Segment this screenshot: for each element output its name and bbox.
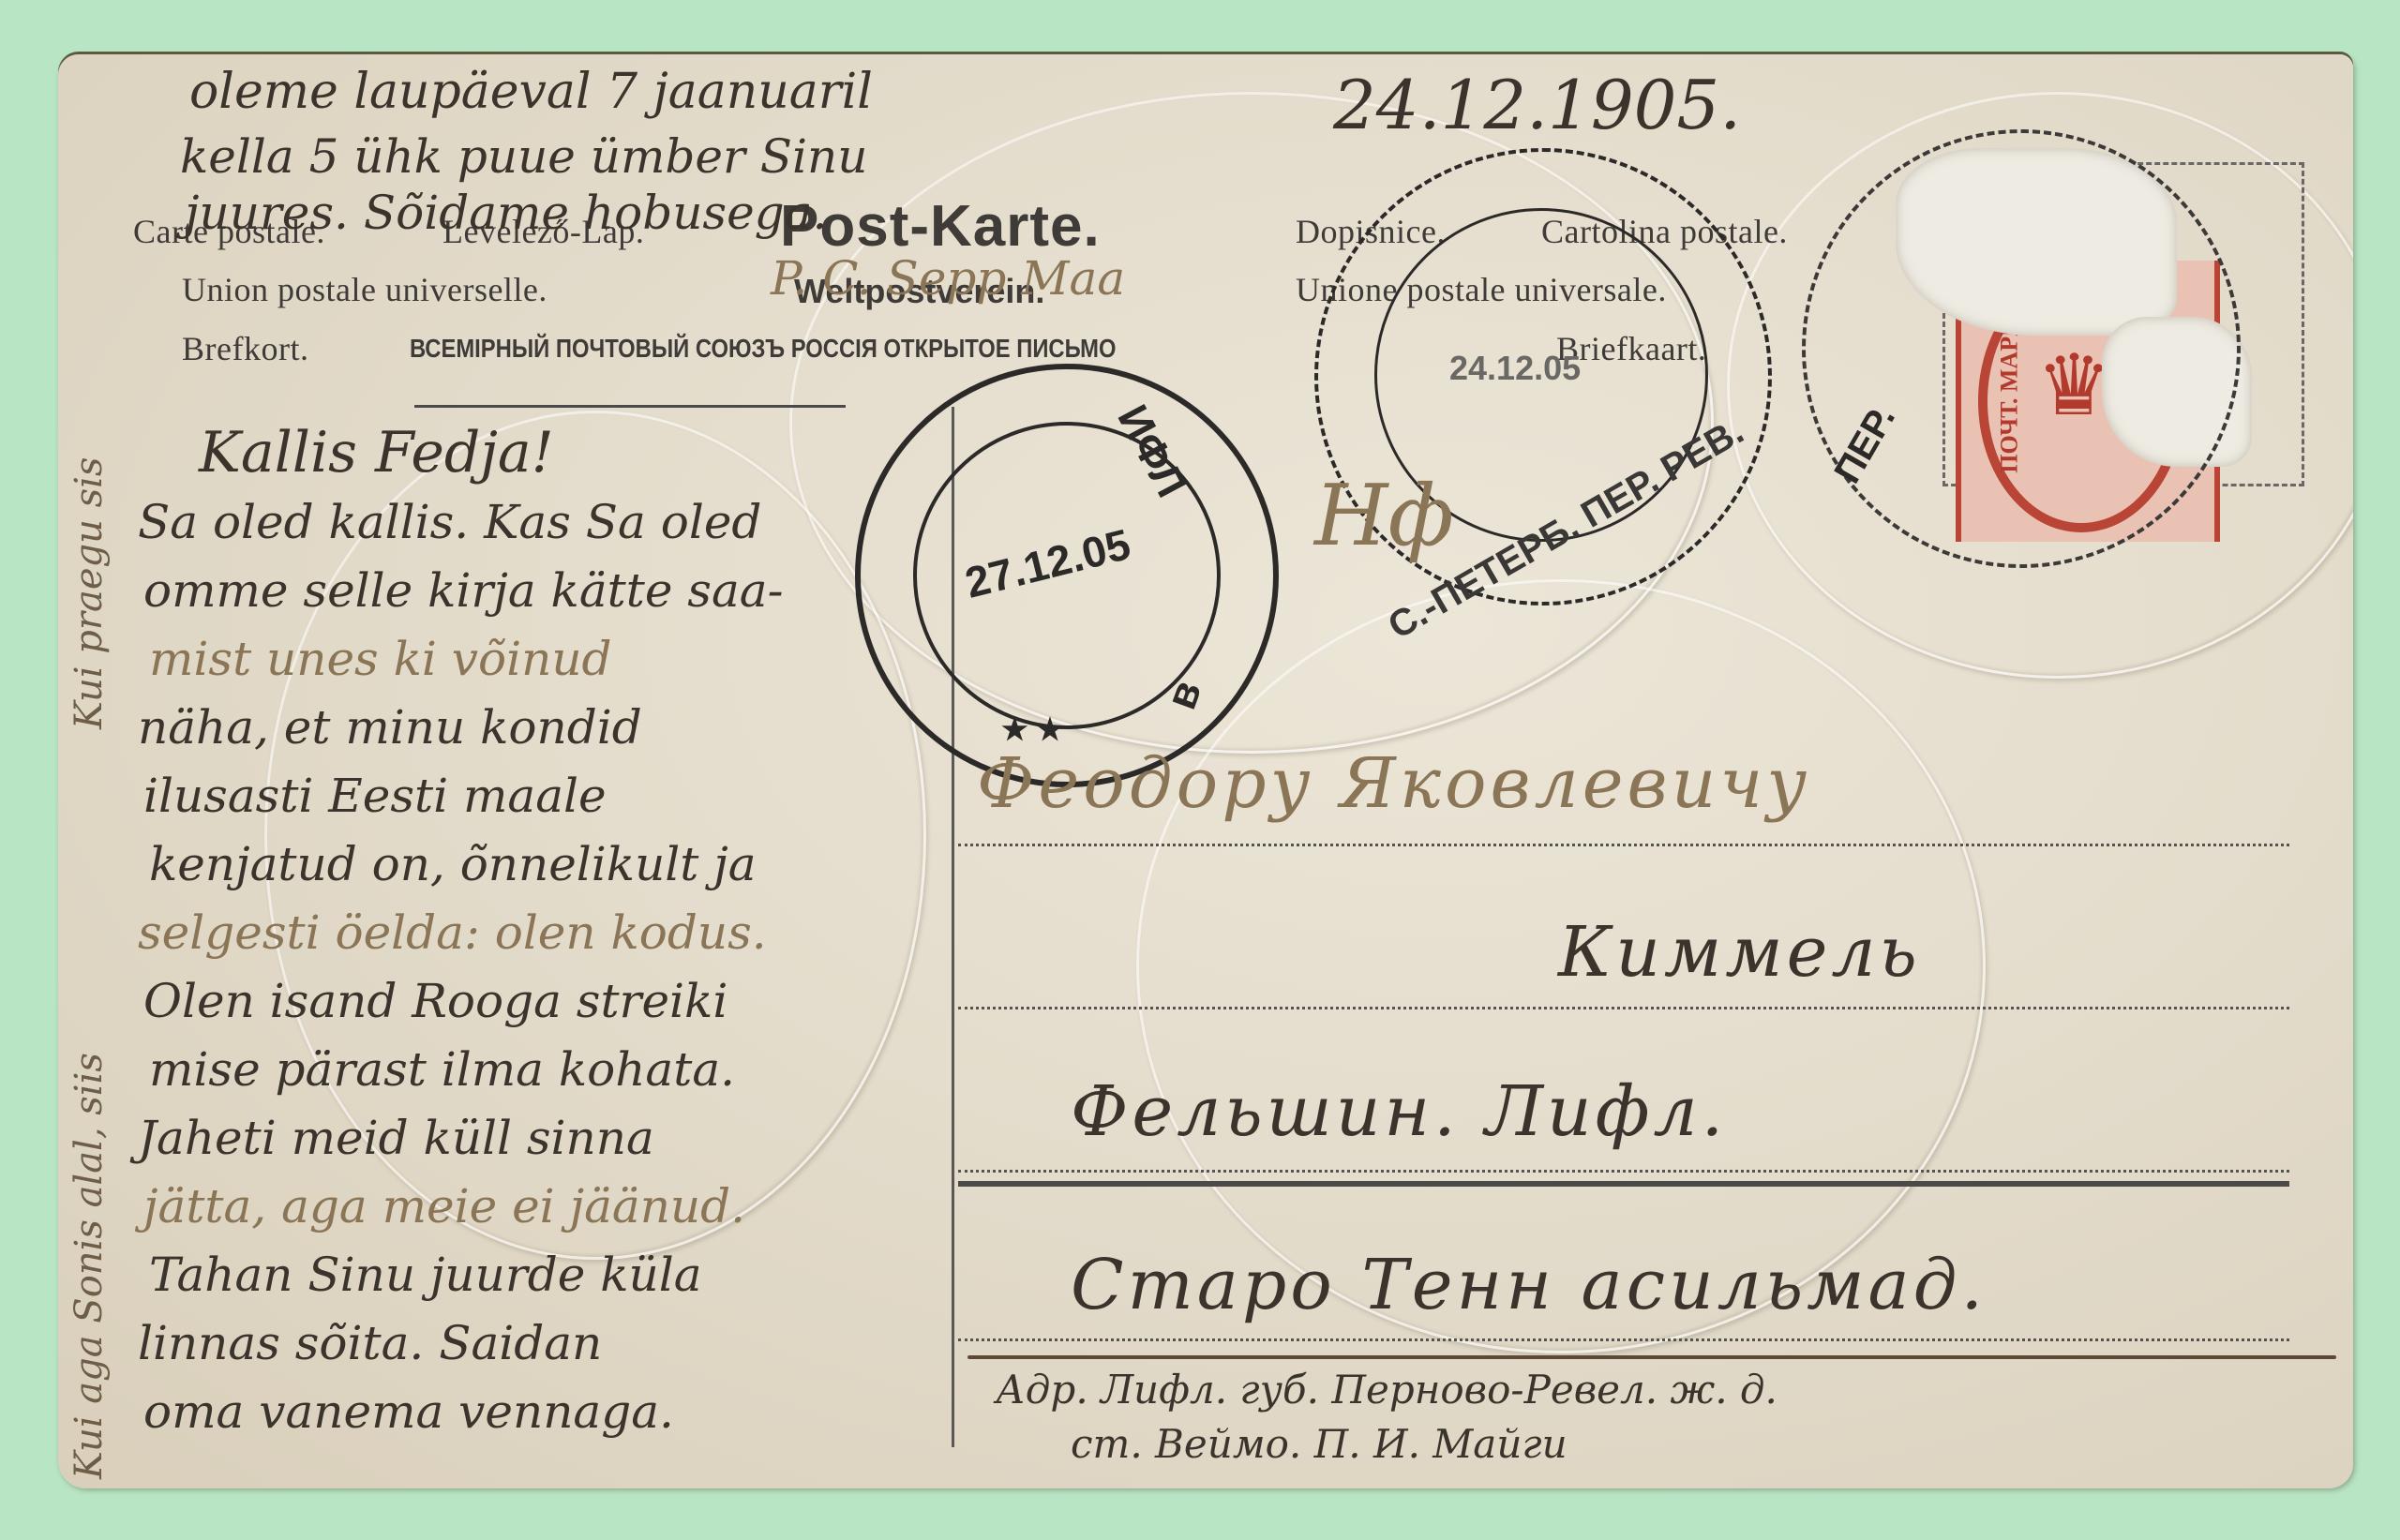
address-line-place: Фельшин. Лифл. xyxy=(1071,1071,1727,1152)
postmark-left-stars: ★ ★ xyxy=(1001,711,1063,747)
message-top-line-2: kella 5 ühk puue ümber Sinu xyxy=(180,129,867,184)
message-line: Sa oled kallis. Kas Sa oled xyxy=(138,495,761,549)
header-brefkort: Brefkort. xyxy=(182,329,308,368)
message-line: oma vanema vennaga. xyxy=(143,1384,674,1439)
message-line: näha, et minu kondid xyxy=(138,700,642,755)
message-line: Jaheti meid küll sinna xyxy=(138,1111,654,1165)
postmark-left-bottom: в xyxy=(1155,673,1211,715)
message-line: mise pärast ilma kohata. xyxy=(149,1042,735,1097)
message-greeting: Kallis Fedja! xyxy=(199,420,554,486)
postmark-left: ИФЛ 27.12.05 в ★ ★ xyxy=(855,364,1279,787)
message-line: selgesti öelda: olen kodus. xyxy=(138,905,767,960)
message-line: Olen isand Rooga streiki xyxy=(143,974,727,1028)
message-line: mist unes ki võinud xyxy=(149,632,612,686)
address-line-4 xyxy=(958,1338,2289,1341)
scrawl-mark: Нф xyxy=(1314,467,1454,565)
header-title-post-karte: Post-Karte. xyxy=(780,193,1101,260)
header-russian-union: ВСЕМІРНЫЙ ПОЧТОВЫЙ СОЮЗЪ РОССІЯ ОТКРЫТОЕ… xyxy=(410,334,1116,364)
address-footer-2: ст. Веймо. П. И. Майги xyxy=(1071,1421,1567,1467)
message-line: linnas sõita. Saidan xyxy=(138,1316,602,1370)
message-line: Tahan Sinu juurde küla xyxy=(149,1248,702,1302)
header-union-postale: Union postale universelle. xyxy=(182,270,547,309)
message-top-line-3: juures. Sõidame hobusega. xyxy=(185,186,827,240)
message-line: omme selle kirja kätte saa- xyxy=(143,563,783,618)
address-line-name: Феодору Яковлевичу xyxy=(977,743,1810,824)
address-line-surname: Киммель xyxy=(1558,912,1921,993)
header-rule xyxy=(414,405,846,408)
address-line-1 xyxy=(958,844,2289,846)
margin-note-bottom: Kui aga Sonis alal, siis xyxy=(67,1053,111,1479)
address-line-3-bold xyxy=(958,1181,2289,1187)
postmark-right: ПЕР. xyxy=(1802,129,2241,568)
pencil-note: P. C. Sepp Maa xyxy=(771,251,1125,306)
address-line-3 xyxy=(958,1170,2289,1173)
message-top-line-1: oleme laupäeval 7 jaanuaril xyxy=(189,64,873,120)
postmark-center-date: 24.12.05 xyxy=(1449,349,1581,388)
message-line: kenjatud on, õnnelikult ja xyxy=(149,837,757,891)
message-line: jätta, aga meie ei jäänud. xyxy=(143,1179,745,1233)
address-underline-handdrawn xyxy=(967,1355,2336,1359)
message-line: ilusasti Eesti maale xyxy=(143,769,607,823)
postcard: Carte postale. Levelező-Lap. Post-Karte.… xyxy=(58,54,2353,1488)
handwritten-date: 24.12.1905. xyxy=(1333,66,1741,144)
address-line-village: Старо Тенн асильмад. xyxy=(1071,1245,1987,1325)
address-line-2 xyxy=(958,1007,2289,1009)
margin-note-top: Kui praegu sis xyxy=(67,457,111,729)
address-footer-1: Адр. Лифл. губ. Перново-Ревел. ж. д. xyxy=(996,1367,1777,1413)
